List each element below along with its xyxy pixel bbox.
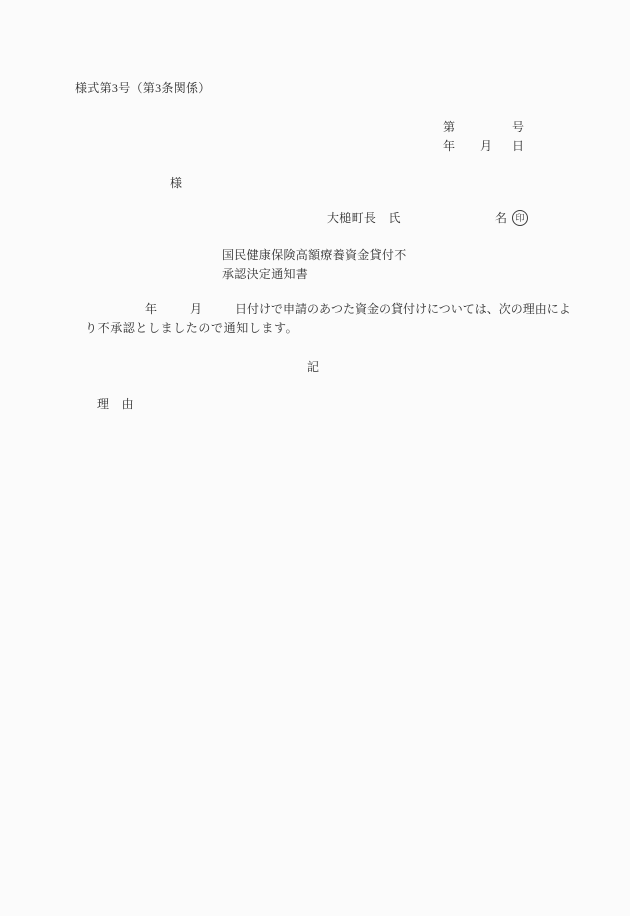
form-number-label: 様式第3号（第3条関係） bbox=[75, 81, 211, 96]
document-page: 様式第3号（第3条関係） 第 号 年 月 日 様 大槌町長 氏 名 印 国民健康… bbox=[0, 0, 630, 916]
issue-date-day-label: 日 bbox=[512, 139, 524, 154]
seal-icon: 印 bbox=[512, 210, 528, 226]
body-date-year-blank: 年 bbox=[145, 302, 157, 317]
body-text-line1: 日付けで申請のあつた資金の貸付けについては、次の理由によ bbox=[235, 302, 571, 317]
issue-date-month-label: 月 bbox=[480, 139, 492, 154]
issue-date-year-label: 年 bbox=[443, 139, 455, 154]
body-date-month-blank: 月 bbox=[190, 302, 202, 317]
sender-given-name-label: 名 bbox=[495, 211, 507, 226]
document-title-line2: 承認決定通知書 bbox=[222, 267, 308, 282]
document-title-line1: 国民健康保険高額療養資金貸付不 bbox=[222, 248, 407, 263]
doc-number-suffix: 号 bbox=[512, 120, 524, 135]
record-marker: 記 bbox=[307, 360, 319, 375]
body-text-line2: り不承認としましたので通知します。 bbox=[85, 321, 298, 336]
seal-character: 印 bbox=[515, 213, 524, 223]
reason-label: 理 由 bbox=[97, 397, 134, 412]
addressee-honorific: 様 bbox=[170, 176, 182, 191]
doc-number-prefix: 第 bbox=[443, 120, 455, 135]
sender-title-and-family-label: 大槌町長 氏 bbox=[327, 211, 401, 226]
